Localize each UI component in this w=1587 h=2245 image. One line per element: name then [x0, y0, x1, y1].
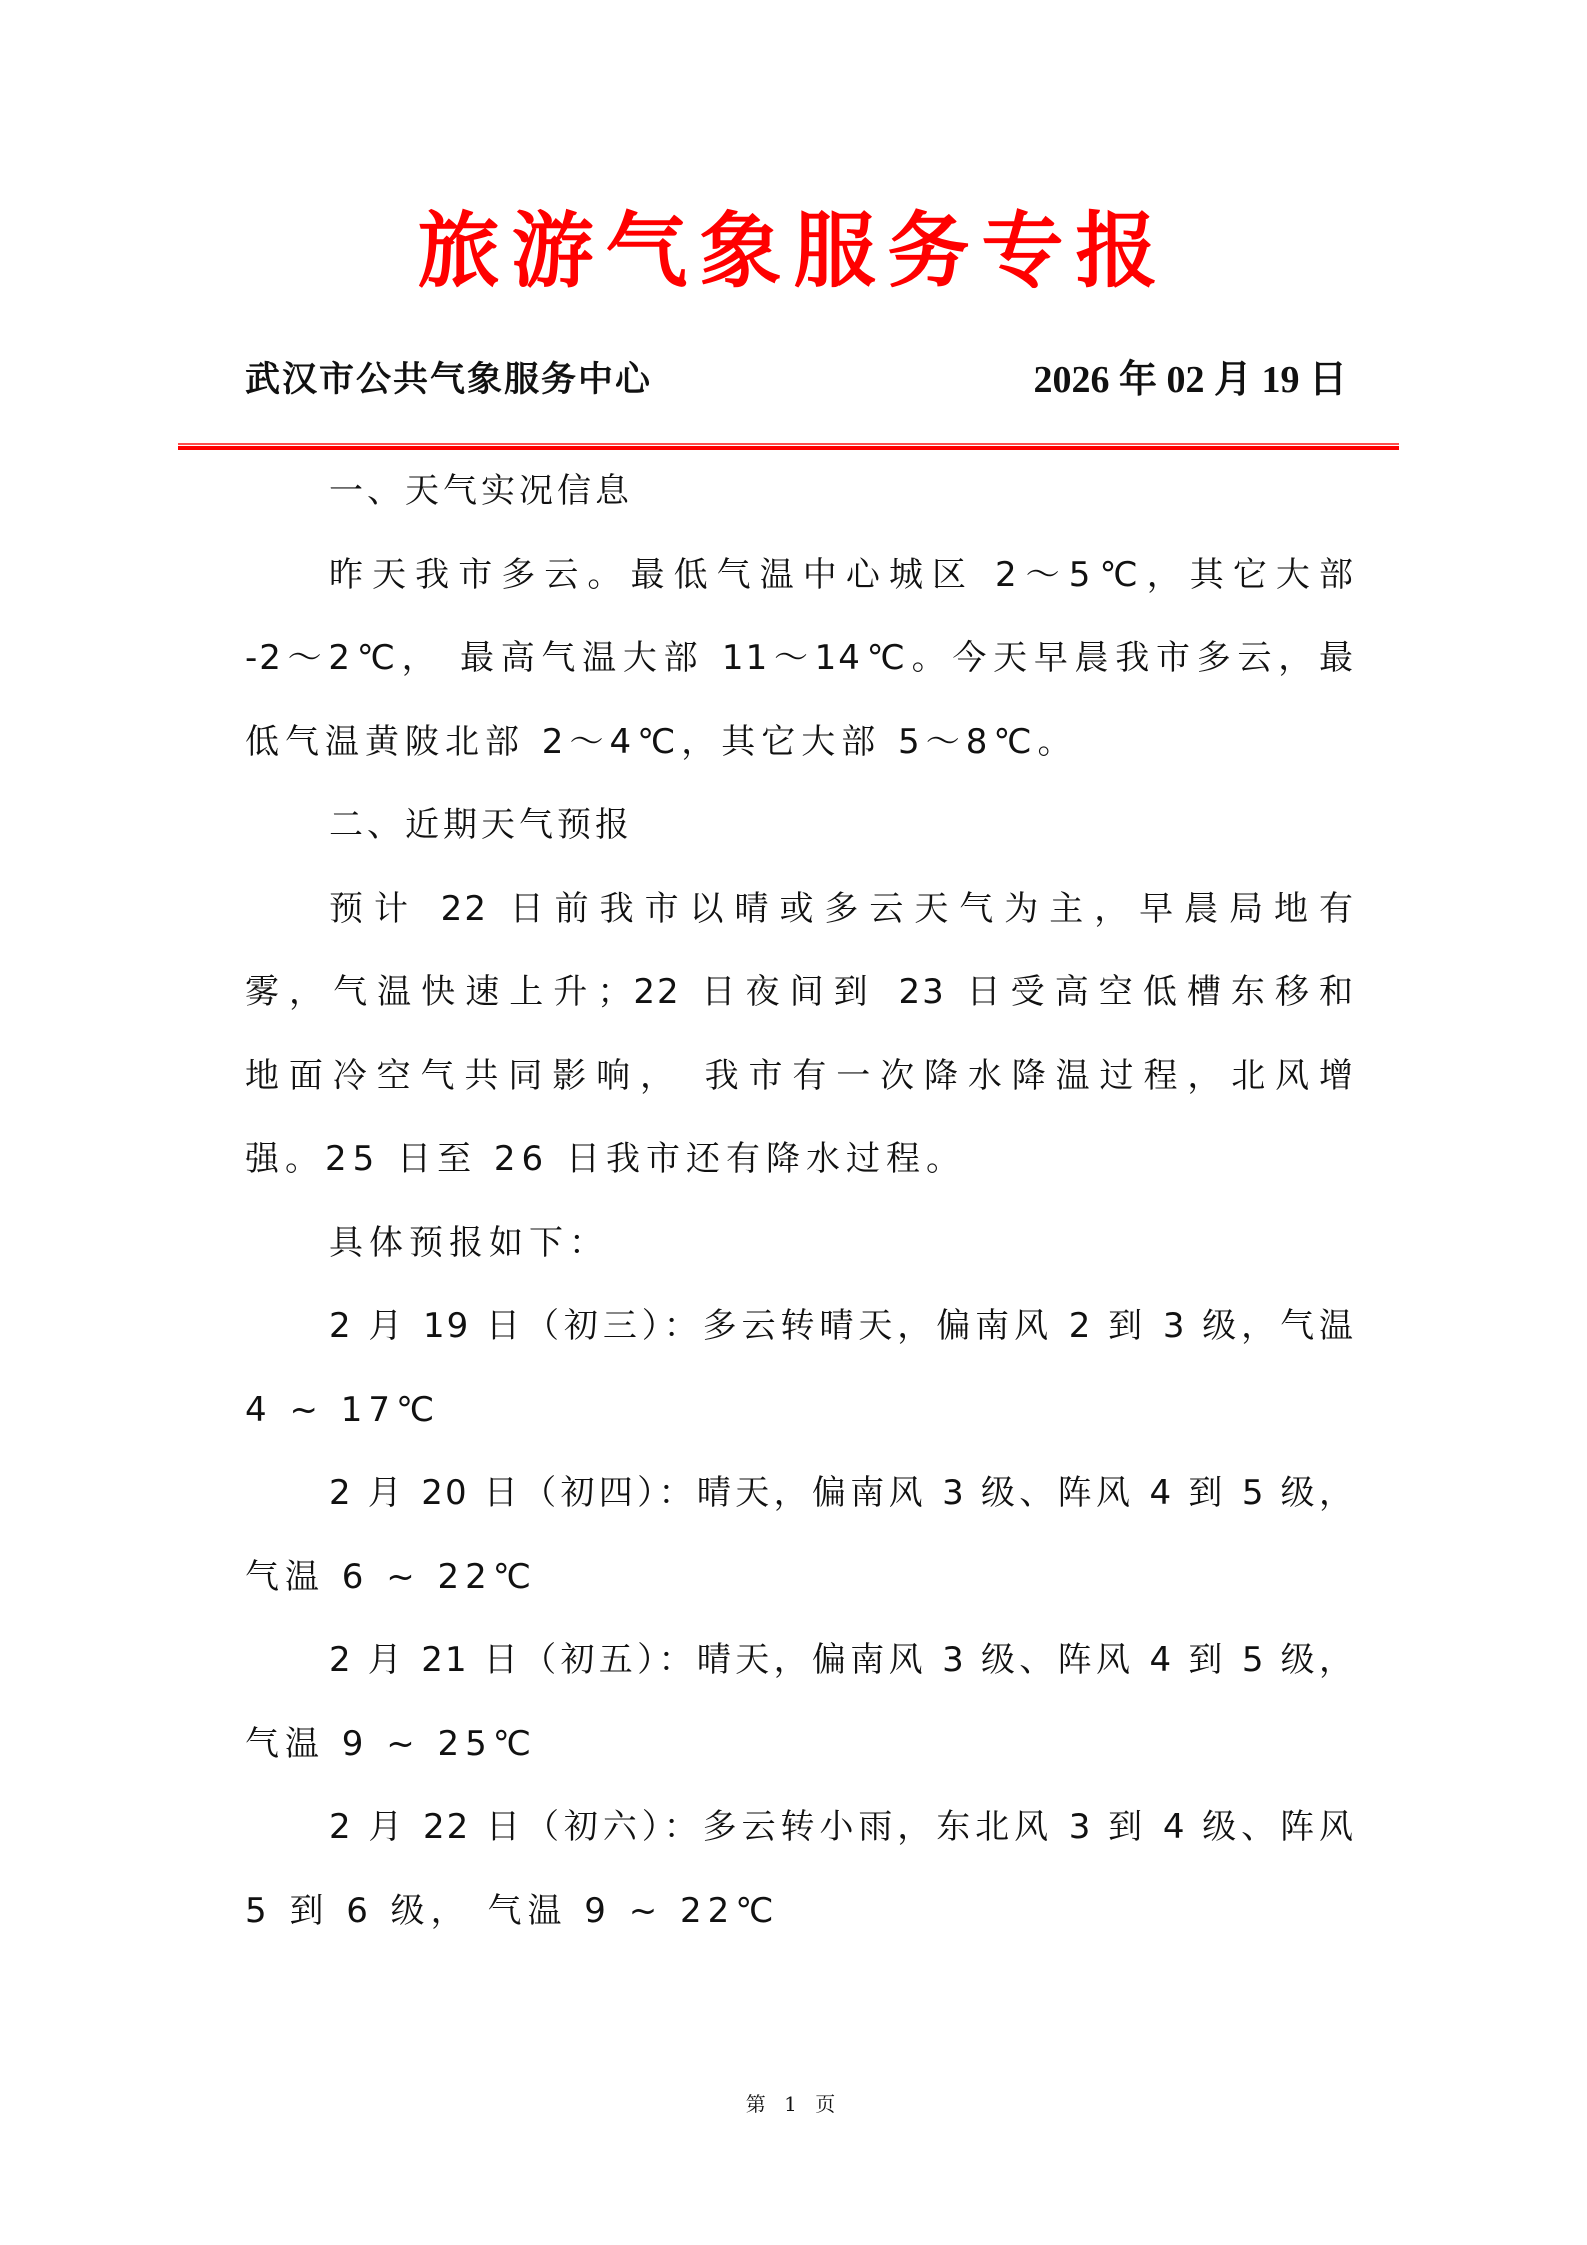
paragraph-line: 低气温黄陂北部 2～4℃，其它大部 5～8℃。 — [245, 713, 1355, 797]
page-number: 第 1 页 — [0, 2090, 1587, 2118]
paragraph-line: 昨天我市多云。最低气温中心城区 2～5℃，其它大部 — [245, 546, 1355, 630]
issuer-name: 武汉市公共气象服务中心 — [245, 356, 652, 404]
daily-forecast-temp: 5 到 6 级， 气温 9 ~ 22℃ — [245, 1882, 1355, 1966]
paragraph-line: -2～2℃， 最高气温大部 11～14℃。今天早晨我市多云，最 — [245, 629, 1355, 713]
section-heading-forecast: 二、近期天气预报 — [245, 796, 1355, 880]
issue-date: 2026 年 02 月 19 日 — [1033, 356, 1347, 404]
header-rule-thick — [178, 446, 1399, 450]
paragraph-line: 雾，气温快速上升；22 日夜间到 23 日受高空低槽东移和 — [245, 963, 1355, 1047]
document-body: 一、天气实况信息 昨天我市多云。最低气温中心城区 2～5℃，其它大部 -2～2℃… — [245, 462, 1355, 1965]
forecast-intro: 具体预报如下： — [245, 1214, 1355, 1298]
section-heading-observations: 一、天气实况信息 — [245, 462, 1355, 546]
daily-forecast-temp: 4 ~ 17℃ — [245, 1381, 1355, 1465]
document-page: 旅游气象服务专报 武汉市公共气象服务中心 2026 年 02 月 19 日 一、… — [0, 0, 1587, 2245]
header-rule-thin — [178, 443, 1399, 445]
daily-forecast-temp: 气温 9 ~ 25℃ — [245, 1715, 1355, 1799]
daily-forecast-line: 2 月 19 日（初三）：多云转晴天，偏南风 2 到 3 级，气温 — [245, 1297, 1355, 1381]
daily-forecast-line: 2 月 20 日（初四）：晴天，偏南风 3 级、阵风 4 到 5 级， — [245, 1464, 1355, 1548]
paragraph-line: 预计 22 日前我市以晴或多云天气为主，早晨局地有 — [245, 880, 1355, 964]
daily-forecast-temp: 气温 6 ~ 22℃ — [245, 1548, 1355, 1632]
paragraph-line: 地面冷空气共同影响， 我市有一次降水降温过程，北风增 — [245, 1047, 1355, 1131]
daily-forecast-line: 2 月 21 日（初五）：晴天，偏南风 3 级、阵风 4 到 5 级， — [245, 1631, 1355, 1715]
document-title: 旅游气象服务专报 — [0, 196, 1587, 306]
paragraph-line: 强。25 日至 26 日我市还有降水过程。 — [245, 1130, 1355, 1214]
daily-forecast-line: 2 月 22 日（初六）：多云转小雨，东北风 3 到 4 级、阵风 — [245, 1798, 1355, 1882]
